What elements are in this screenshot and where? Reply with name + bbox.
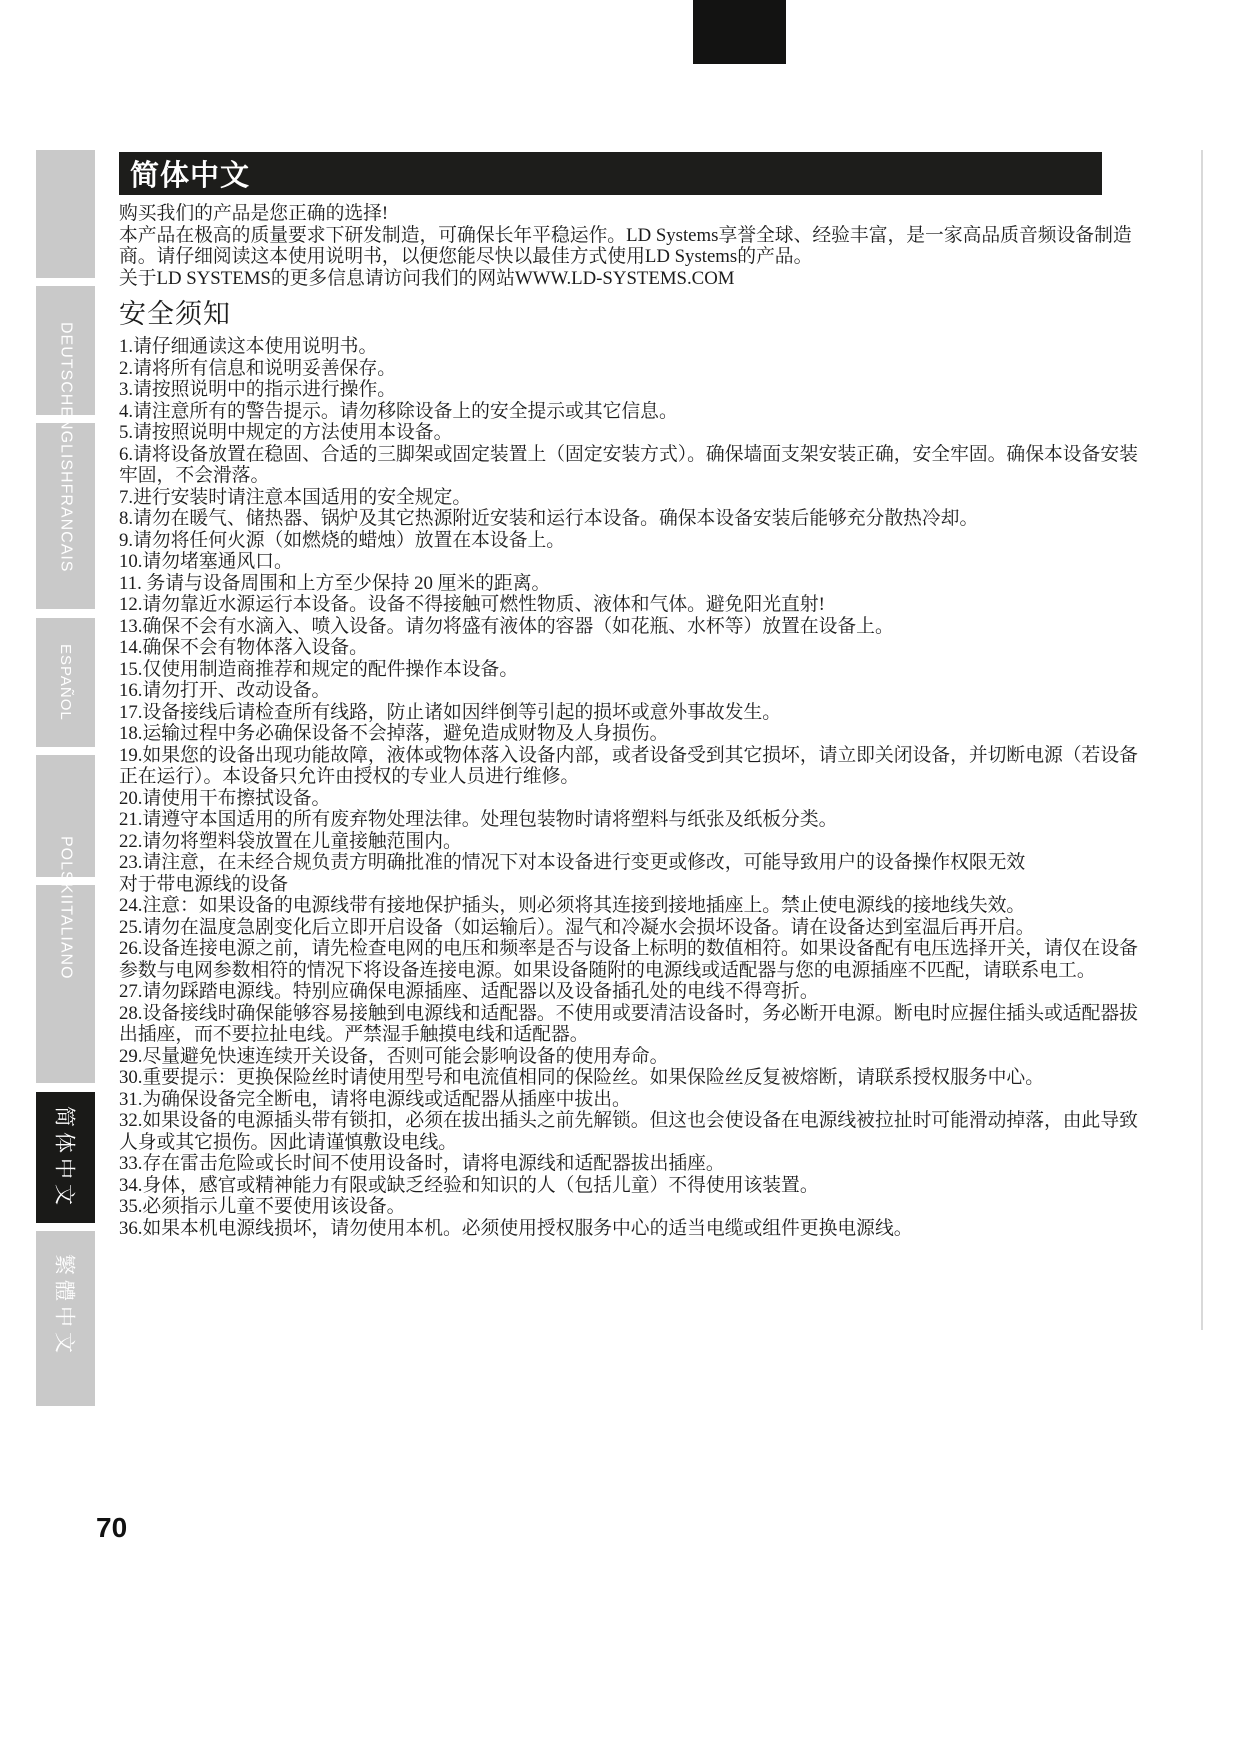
safety-corded-items-list: 24.注意：如果设备的电源线带有接地保护插头，则必须将其连接到接地插座上。禁止使… — [119, 895, 1151, 1239]
safety-item: 12.请勿靠近水源运行本设备。设备不得接触可燃性物质、液体和气体。避免阳光直射! — [119, 594, 1151, 616]
sidebar-tab-simplified-chinese-active — [36, 1092, 95, 1223]
safety-item: 20.请使用干布擦拭设备。 — [119, 788, 1151, 810]
safety-item: 7.进行安装时请注意本国适用的安全规定。 — [119, 487, 1151, 509]
safety-item: 6.请将设备放置在稳固、合适的三脚架或固定装置上（固定安装方式）。确保墙面支架安… — [119, 444, 1151, 487]
safety-item: 16.请勿打开、改动设备。 — [119, 680, 1151, 702]
safety-item: 34.身体，感官或精神能力有限或缺乏经验和知识的人（包括儿童）不得使用该装置。 — [119, 1175, 1151, 1197]
safety-items-list: 1.请仔细通读这本使用说明书。2.请将所有信息和说明妥善保存。3.请按照说明中的… — [119, 336, 1151, 874]
safety-item: 28.设备接线时确保能够容易接触到电源线和适配器。不使用或要清洁设备时，务必断开… — [119, 1003, 1151, 1046]
safety-item: 19.如果您的设备出现功能故障，液体或物体落入设备内部，或者设备受到其它损坏，请… — [119, 745, 1151, 788]
sidebar-tab-deutsch-english — [36, 286, 95, 415]
sidebar-tab-espanol — [36, 618, 95, 747]
intro-paragraph: 本产品在极高的质量要求下研发制造，可确保长年平稳运作。LD Systems享誉全… — [119, 225, 1151, 268]
safety-item: 1.请仔细通读这本使用说明书。 — [119, 336, 1151, 358]
safety-item: 13.确保不会有水滴入、喷入设备。请勿将盛有液体的容器（如花瓶、水杯等）放置在设… — [119, 616, 1151, 638]
safety-item: 27.请勿踩踏电源线。特别应确保电源插座、适配器以及设备插孔处的电线不得弯折。 — [119, 981, 1151, 1003]
safety-item: 31.为确保设备完全断电，请将电源线或适配器从插座中拔出。 — [119, 1089, 1151, 1111]
safety-item: 2.请将所有信息和说明妥善保存。 — [119, 358, 1151, 380]
safety-item: 3.请按照说明中的指示进行操作。 — [119, 379, 1151, 401]
safety-item: 32.如果设备的电源插头带有锁扣，必须在拔出插头之前先解锁。但这也会使设备在电源… — [119, 1110, 1151, 1153]
safety-item: 23.请注意，在未经合规负责方明确批准的情况下对本设备进行变更或修改，可能导致用… — [119, 852, 1151, 874]
section-title: 简体中文 — [130, 153, 250, 194]
main-text-column: 购买我们的产品是您正确的选择! 本产品在极高的质量要求下研发制造，可确保长年平稳… — [119, 203, 1151, 1239]
page-edge-line — [1201, 150, 1203, 1330]
sidebar-tab-blank — [36, 150, 95, 278]
safety-item: 26.设备连接电源之前，请先检查电网的电压和频率是否与设备上标明的数值相符。如果… — [119, 938, 1151, 981]
intro-line-1: 购买我们的产品是您正确的选择! — [119, 203, 1151, 225]
safety-item: 18.运输过程中务必确保设备不会掉落，避免造成财物及人身损伤。 — [119, 723, 1151, 745]
corded-devices-subheading: 对于带电源线的设备 — [119, 874, 1151, 896]
page-edge-mark — [693, 0, 786, 64]
safety-item: 17.设备接线后请检查所有线路，防止诸如因绊倒等引起的损坏或意外事故发生。 — [119, 702, 1151, 724]
safety-item: 21.请遵守本国适用的所有废弃物处理法律。处理包装物时请将塑料与纸张及纸板分类。 — [119, 809, 1151, 831]
page-number: 70 — [96, 1512, 127, 1544]
intro-website-line: 关于LD SYSTEMS的更多信息请访问我们的网站WWW.LD-SYSTEMS.… — [119, 268, 1151, 290]
safety-item: 10.请勿堵塞通风口。 — [119, 551, 1151, 573]
safety-notes-heading: 安全须知 — [119, 298, 1151, 331]
safety-item: 30.重要提示：更换保险丝时请使用型号和电流值相同的保险丝。如果保险丝反复被熔断… — [119, 1067, 1151, 1089]
safety-item: 14.确保不会有物体落入设备。 — [119, 637, 1151, 659]
safety-item: 35.必须指示儿童不要使用该设备。 — [119, 1196, 1151, 1218]
safety-item: 24.注意：如果设备的电源线带有接地保护插头，则必须将其连接到接地插座上。禁止使… — [119, 895, 1151, 917]
safety-item: 33.存在雷击危险或长时间不使用设备时，请将电源线和适配器拔出插座。 — [119, 1153, 1151, 1175]
sidebar-tab-polski — [36, 755, 95, 877]
safety-item: 29.尽量避免快速连续开关设备，否则可能会影响设备的使用寿命。 — [119, 1046, 1151, 1068]
safety-item: 5.请按照说明中规定的方法使用本设备。 — [119, 422, 1151, 444]
safety-item: 11. 务请与设备周围和上方至少保持 20 厘米的距离。 — [119, 573, 1151, 595]
sidebar-tab-italiano — [36, 885, 95, 1083]
safety-item: 9.请勿将任何火源（如燃烧的蜡烛）放置在本设备上。 — [119, 530, 1151, 552]
sidebar-tab-traditional-chinese — [36, 1231, 95, 1406]
safety-item: 4.请注意所有的警告提示。请勿移除设备上的安全提示或其它信息。 — [119, 401, 1151, 423]
safety-item: 8.请勿在暖气、储热器、锅炉及其它热源附近安装和运行本设备。确保本设备安装后能够… — [119, 508, 1151, 530]
safety-item: 36.如果本机电源线损坏，请勿使用本机。必须使用授权服务中心的适当电缆或组件更换… — [119, 1218, 1151, 1240]
safety-item: 22.请勿将塑料袋放置在儿童接触范围内。 — [119, 831, 1151, 853]
section-header-bar: 简体中文 — [119, 152, 1102, 195]
safety-item: 25.请勿在温度急剧变化后立即开启设备（如运输后）。湿气和冷凝水会损坏设备。请在… — [119, 917, 1151, 939]
sidebar-tab-francais — [36, 423, 95, 609]
safety-item: 15.仅使用制造商推荐和规定的配件操作本设备。 — [119, 659, 1151, 681]
